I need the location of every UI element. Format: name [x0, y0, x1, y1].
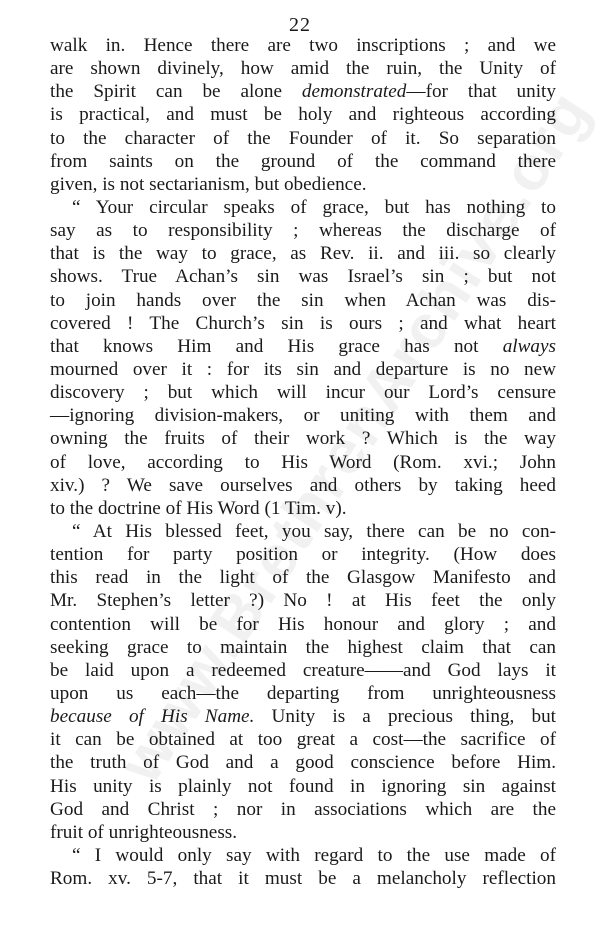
- text-line: because of His Name. Unity is a precious…: [50, 705, 556, 728]
- text-line: contention will be for His honour and gl…: [50, 613, 556, 636]
- text-line: “ At His blessed feet, you say, there ca…: [50, 520, 556, 543]
- text-line: say as to responsibility ; whereas the d…: [50, 219, 556, 242]
- text-line: shows. True Achan’s sin was Israel’s sin…: [50, 265, 556, 288]
- text-line: fruit of unrighteousness.: [50, 821, 556, 844]
- text-line: discovery ; but which will incur our Lor…: [50, 381, 556, 404]
- text-segment: Unity is a precious thing, but: [254, 706, 556, 727]
- text-line: it can be obtained at too great a cost—t…: [50, 728, 556, 751]
- text-line: to join hands over the sin when Achan wa…: [50, 289, 556, 312]
- text-line: xiv.) ? We save ourselves and others by …: [50, 474, 556, 497]
- text-line: that knows Him and His grace has not alw…: [50, 335, 556, 358]
- text-line: of love, according to His Word (Rom. xvi…: [50, 451, 556, 474]
- text-line: the truth of God and a good conscience b…: [50, 751, 556, 774]
- text-line: covered ! The Church’s sin is ours ; and…: [50, 312, 556, 335]
- text-line: to the doctrine of His Word (1 Tim. v).: [50, 497, 556, 520]
- text-line: the Spirit can be alone demonstrated—for…: [50, 80, 556, 103]
- text-line: upon us each—the departing from unrighte…: [50, 682, 556, 705]
- text-line: God and Christ ; nor in associations whi…: [50, 798, 556, 821]
- text-segment: that knows Him and His grace has not: [50, 336, 503, 357]
- text-line: seeking grace to maintain the highest cl…: [50, 636, 556, 659]
- text-line: that is the way to grace, as Rev. ii. an…: [50, 242, 556, 265]
- text-line: be laid upon a redeemed creature——and Go…: [50, 659, 556, 682]
- page-body: walk in. Hence there are two inscription…: [50, 34, 556, 890]
- text-line: owning the fruits of their work ? Which …: [50, 427, 556, 450]
- text-line: Rom. xv. 5-7, that it must be a melancho…: [50, 867, 556, 890]
- text-line: —ignoring division-makers, or uniting wi…: [50, 404, 556, 427]
- italic-text: demonstrated: [302, 81, 406, 102]
- text-line: this read in the light of the Glasgow Ma…: [50, 566, 556, 589]
- text-line: Mr. Stephen’s letter ?) No ! at His feet…: [50, 589, 556, 612]
- text-line: His unity is plainly not found in ignori…: [50, 775, 556, 798]
- text-line: given, is not sectarianism, but obedienc…: [50, 173, 556, 196]
- text-line: “ Your circular speaks of grace, but has…: [50, 196, 556, 219]
- text-line: from saints on the ground of the command…: [50, 150, 556, 173]
- text-segment: —for that unity: [406, 81, 556, 102]
- text-line: walk in. Hence there are two inscription…: [50, 34, 556, 57]
- italic-text: always: [503, 336, 556, 357]
- text-line: tention for party position or integrity.…: [50, 543, 556, 566]
- text-line: mourned over it : for its sin and depart…: [50, 358, 556, 381]
- text-line: “ I would only say with regard to the us…: [50, 844, 556, 867]
- text-segment: the Spirit can be alone: [50, 81, 302, 102]
- text-line: is practical, and must be holy and right…: [50, 103, 556, 126]
- text-line: to the character of the Founder of it. S…: [50, 127, 556, 150]
- italic-text: because of His Name.: [50, 706, 254, 727]
- text-line: are shown divinely, how amid the ruin, t…: [50, 57, 556, 80]
